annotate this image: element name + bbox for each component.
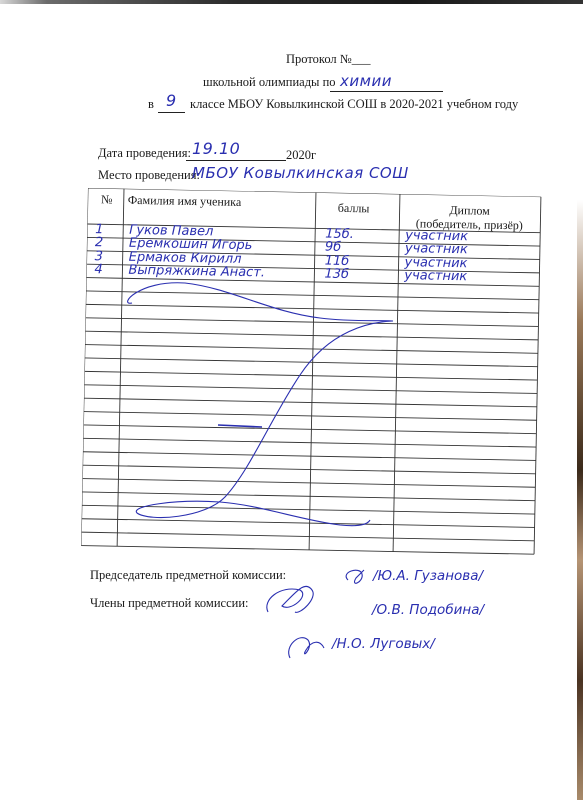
row-number: 4 <box>94 262 103 277</box>
chair-signature: /Ю.А. Гузанова/ <box>373 568 483 584</box>
place-handwritten: МБОУ Ковылкинская СОШ <box>192 164 409 182</box>
member1-signature: /О.В. Подобина/ <box>372 602 484 618</box>
scan-top-edge <box>0 0 583 4</box>
date-underline <box>186 160 286 161</box>
row-score: 13б <box>324 267 349 282</box>
member2-signature: /Н.О. Луговых/ <box>332 636 435 652</box>
protocol-title: Протокол №___ <box>286 52 370 67</box>
col-header-name: Фамилия имя ученика <box>128 193 242 210</box>
row-diploma: участник <box>404 268 467 284</box>
scan-right-edge <box>577 200 583 800</box>
row-student-name: Выпряжкина Анаст. <box>128 263 265 281</box>
subject-handwritten: химии <box>340 72 392 90</box>
class-suffix: классе МБОУ Ковылкинской СОШ в 2020-2021… <box>190 97 518 112</box>
place-label: Место проведения: <box>98 168 200 183</box>
col-header-num: № <box>92 192 122 208</box>
date-handwritten: 19.10 <box>192 139 240 158</box>
col-header-score: баллы <box>314 200 394 217</box>
class-underline <box>158 112 185 113</box>
members-label: Члены предметной комиссии: <box>90 596 248 611</box>
class-prefix: в <box>148 97 154 112</box>
date-year: 2020г <box>286 148 316 163</box>
olympiad-prefix: школьной олимпиады по <box>203 75 336 90</box>
date-label: Дата проведения: <box>98 146 191 161</box>
subject-underline <box>330 91 443 92</box>
results-table: № Фамилия имя ученика баллы Диплом (побе… <box>81 188 543 557</box>
chair-label: Председатель предметной комиссии: <box>90 568 286 583</box>
class-handwritten: 9 <box>166 91 177 110</box>
